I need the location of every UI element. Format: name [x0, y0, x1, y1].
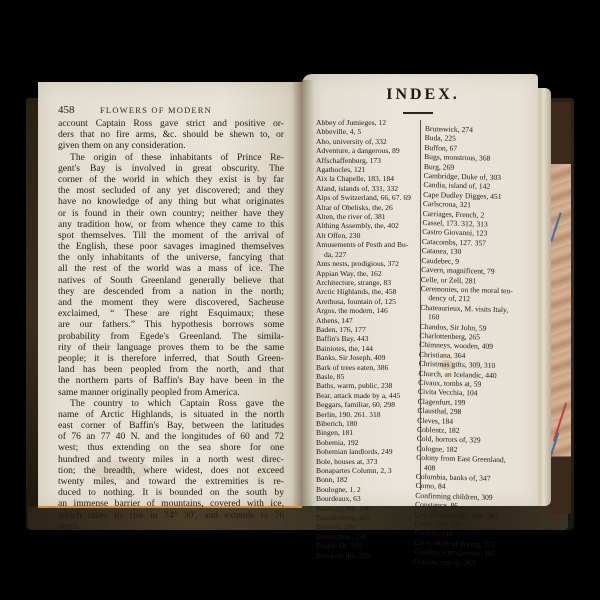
text-line: rity of their language proves them to be… — [58, 342, 284, 353]
text-line: people; it is therefore inferred, that S… — [58, 353, 284, 364]
index-entry: Abbeville, 4, 5 — [316, 127, 421, 136]
index-entry: Bonapartes Column, 2, 3 — [316, 466, 421, 475]
index-entry: Affschaffenburg, 173 — [316, 156, 421, 165]
index-entry: Arctic Highlands, the, 458 — [316, 287, 421, 296]
text-line: east corner of Baffin's Bay, between the… — [58, 420, 284, 431]
running-head-title: FLOWERS OF MODERN — [100, 105, 212, 115]
text-line: natives of South Greenland generally bel… — [58, 275, 284, 286]
index-entry: Appian Way, the, 162 — [316, 269, 421, 278]
index-entry: Bramsen, Mr. 140 — [316, 504, 421, 513]
text-line: are our fathers.” This hypothesis borrow… — [58, 319, 284, 330]
text-line: spot themselves. Till the moment of the … — [58, 230, 284, 241]
text-line: they are descended from a nation in the … — [58, 286, 284, 297]
index-entry: Adventure, a dangerous, 89 — [316, 146, 421, 155]
text-line: the most secluded of any yet discovered;… — [58, 185, 284, 196]
index-entry: Berlin, 190. 261. 318 — [316, 410, 421, 419]
text-line: west; thus extending on the sea shore fo… — [58, 442, 284, 453]
marble-streak — [550, 212, 561, 241]
text-line: ders that no fire arms, &c. should be sh… — [58, 129, 284, 140]
index-entry: Bole, houses at, 373 — [316, 457, 421, 466]
index-entry: Alt Offen, 230 — [316, 231, 421, 240]
text-line: which takes its rise in 74° 30′, and ext… — [58, 510, 284, 521]
text-line: twenty miles, and toward the extremities… — [58, 476, 284, 487]
index-entry: Bremerlehe, 290 — [316, 532, 421, 541]
gutter-shadow — [292, 80, 314, 506]
title-rule — [403, 112, 433, 114]
text-line: land has been peopled from the north, an… — [58, 364, 284, 375]
index-entry: Bright, Dr. 209 — [316, 541, 421, 550]
index-entry: Baths, warm, public, 238 — [316, 381, 421, 390]
text-line: same manner originally peopled from Amer… — [58, 387, 284, 398]
marble-streak — [553, 403, 567, 442]
index-entry: Aix la Chapelle, 183, 184 — [316, 174, 421, 183]
index-entry: Aland, islands of, 331, 332 — [316, 184, 421, 193]
page-number: 458 — [58, 104, 75, 116]
text-line: have no knowledge of any thing but what … — [58, 196, 284, 207]
index-entry: Bingen, 181 — [316, 428, 421, 437]
photo-scene: 458 FLOWERS OF MODERN account Captain Ro… — [0, 0, 600, 600]
index-entry: Ants nests, prodigious, 372 — [316, 259, 421, 268]
index-entry: Bear, attack made by a, 445 — [316, 391, 421, 400]
text-line: any tradition how, or from whence they c… — [58, 219, 284, 230]
index-entry: Abo, university of, 332 — [316, 137, 421, 146]
index-entry: Altar of Obelisks, the, 26 — [316, 203, 421, 212]
text-line: all the rest of the world was a mass of … — [58, 263, 284, 274]
text-line: tion; the breadth, where widest, does no… — [58, 465, 284, 476]
index-entry: Banks, Sir Joseph, 409 — [316, 353, 421, 362]
index-entry: Alps of Switzerland, 66, 67. 69 — [316, 193, 421, 202]
text-line: account Captain Ross gave strict and pos… — [58, 118, 284, 129]
text-line: corner of the world in which they exist … — [58, 174, 284, 185]
index-entry: Biberich, 180 — [316, 419, 421, 428]
text-line: north. — [58, 521, 284, 532]
text-line: probability from Egede's Greenland. The … — [58, 331, 284, 342]
text-line: name of Arctic Highlands, is situated in… — [58, 409, 284, 420]
text-line: gent's Bay is involved in great obscurit… — [58, 163, 284, 174]
index-entry: Architecture, strange, 83 — [316, 278, 421, 287]
index-entry: Abbey of Jumieges, 12 — [316, 118, 421, 127]
index-entry: Arethusa, fountain of, 125 — [316, 297, 421, 306]
text-line: given them on any consideration. — [58, 140, 284, 151]
left-page-body-text: account Captain Ross gave strict and pos… — [58, 118, 284, 532]
index-column-right: Brunswick, 274Buda, 225Buffon, 67Bugs, m… — [413, 124, 535, 569]
index-entry: Bohemian landlords, 249 — [316, 447, 421, 456]
text-line: the English, these poor savages imagined… — [58, 241, 284, 252]
text-line: The country to which Captain Ross gave t… — [58, 398, 284, 409]
index-entry: Althing Assembly, the, 402 — [316, 221, 421, 230]
index-entry: da, 227 — [316, 250, 421, 259]
index-entry: Bainiotes, the, 144 — [316, 344, 421, 353]
index-entry: Boulogne, 1, 2 — [316, 485, 421, 494]
index-entry: Bohemia, 192 — [316, 438, 421, 447]
index-entry: Bonn, 182 — [316, 475, 421, 484]
index-entry: Athens, 147 — [316, 316, 421, 325]
text-line: the only inhabitants of the universe, fa… — [58, 252, 284, 263]
index-entry: Beggars, familiar, 60, 298 — [316, 400, 421, 409]
index-entry: Agathocles, 121 — [316, 165, 421, 174]
index-entry: Basle, 85 — [316, 372, 421, 381]
index-entry: Cracow, city of, 363 — [413, 557, 523, 569]
marbled-fore-edge — [549, 102, 571, 514]
text-line: hundred and twenty miles in a north west… — [58, 454, 284, 465]
text-line: duced to nothing. It is bounded on the s… — [58, 487, 284, 498]
index-entry: Amusements of Pesth and Bu- — [316, 240, 421, 249]
text-line: the northern parts of Baffin's Bay have … — [58, 375, 284, 386]
index-entry: Bark of trees eaten, 386 — [316, 363, 421, 372]
index-title: INDEX. — [368, 86, 478, 104]
index-entry: Bremen, 290 — [316, 522, 421, 531]
index-entry: Bourdeaux, 63 — [316, 494, 421, 503]
index-entry: Argos, the modern, 146 — [316, 306, 421, 315]
index-entry: Brandenburg, 267 — [316, 513, 421, 522]
text-line: The origin of these inhabitants of Princ… — [58, 152, 284, 163]
index-entry: Baffin's Bay, 443 — [316, 334, 421, 343]
running-head: 458 FLOWERS OF MODERN — [58, 104, 288, 118]
text-line: and the moment they were discovered, Sac… — [58, 297, 284, 308]
text-line: an immense barrier of mountains, covered… — [58, 498, 284, 509]
text-line: or is found in their own country; neithe… — [58, 208, 284, 219]
index-entry: Brocken, the, 299 — [316, 551, 421, 560]
text-line: exclaimed, “ These are right Esquimaux; … — [58, 308, 284, 319]
text-line: of 76 an 77 40 N. and the longitudes of … — [58, 431, 284, 442]
index-column-left: Abbey of Jumieges, 12Abbeville, 4, 5Abo,… — [316, 118, 421, 560]
index-entry: Baden, 176, 177 — [316, 325, 421, 334]
index-entry: Alten, the river of, 381 — [316, 212, 421, 221]
